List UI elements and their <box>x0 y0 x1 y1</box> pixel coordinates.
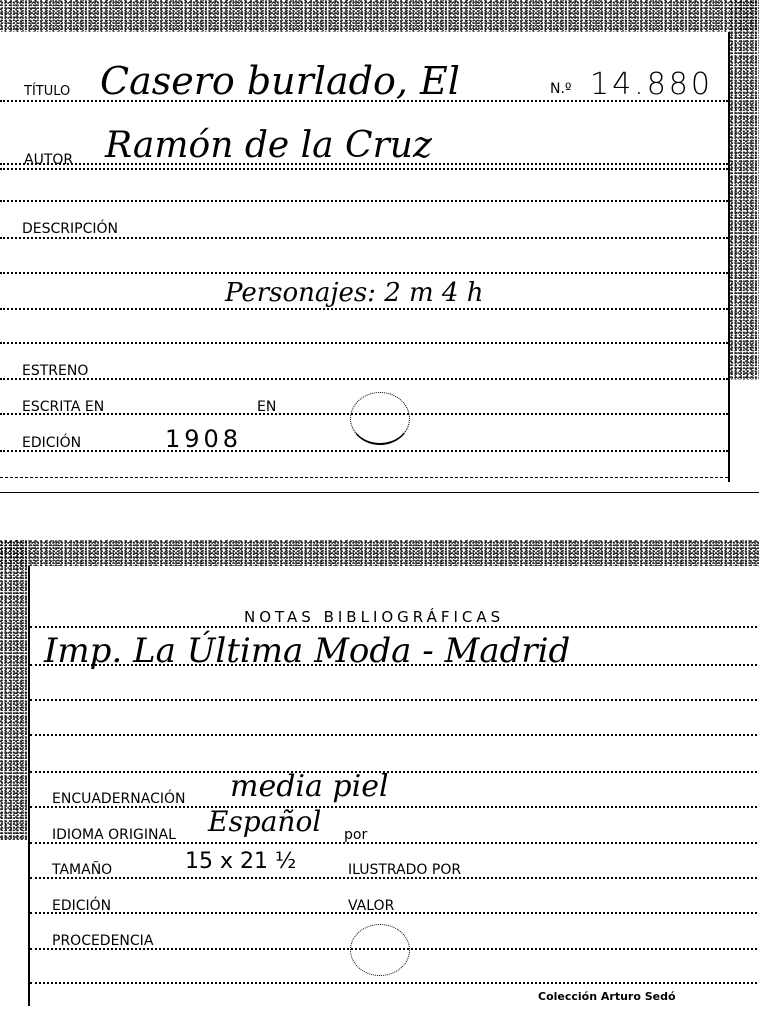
value-autor[interactable]: Ramón de la Cruz <box>105 128 432 164</box>
line-notes-4 <box>30 734 759 736</box>
label-numero: N.º <box>550 82 572 96</box>
label-procedencia: PROCEDENCIA <box>52 934 153 948</box>
line-estreno <box>0 378 728 380</box>
value-encuadernacion[interactable]: media piel <box>230 772 389 802</box>
line-desc-2 <box>0 272 728 274</box>
label-valor: VALOR <box>348 899 394 913</box>
line-notes-3 <box>30 699 759 701</box>
label-escrita-en: ESCRITA EN <box>22 400 104 414</box>
label-edicion-back: EDICIÓN <box>52 899 111 913</box>
line-bottom <box>30 982 759 984</box>
cut-line-solid <box>0 492 759 493</box>
line-autor <box>0 168 728 170</box>
value-edicion[interactable]: 1908 <box>165 427 242 451</box>
stamp-circle <box>350 392 410 445</box>
label-encuadernacion: ENCUADERNACIÓN <box>52 792 185 806</box>
label-titulo: TÍTULO <box>24 85 70 98</box>
line-descripcion <box>0 237 728 239</box>
line-desc-3 <box>0 308 728 310</box>
scan-noise-right <box>730 0 759 380</box>
scan-noise-top <box>0 0 759 32</box>
value-numero[interactable]: 14.880 <box>590 70 713 100</box>
label-edicion: EDICIÓN <box>22 436 81 450</box>
value-tamano[interactable]: 15 x 21 ½ <box>185 851 296 873</box>
value-notes[interactable]: Imp. La Última Moda - Madrid <box>44 634 570 668</box>
label-descripcion: DESCRIPCIÓN <box>22 222 118 236</box>
line-desc-4 <box>0 342 728 344</box>
line-separator <box>0 200 728 202</box>
value-descripcion[interactable]: Personajes: 2 m 4 h <box>225 280 483 306</box>
line-notes-5 <box>30 771 759 773</box>
value-titulo[interactable]: Casero burlado, El <box>100 62 460 100</box>
label-ilustrado-por: ILUSTRADO POR <box>348 863 461 877</box>
cut-line-dashed <box>0 477 728 478</box>
label-tamano: TAMAÑO <box>52 863 112 877</box>
collection-credit: Colección Arturo Sedó <box>538 990 676 1003</box>
catalog-card-front: TÍTULO Casero burlado, El N.º 14.880 AUT… <box>0 32 730 482</box>
scan-noise-left <box>0 540 28 840</box>
line-notes-1 <box>30 626 759 628</box>
notes-heading: NOTAS BIBLIOGRÁFICAS <box>244 608 504 626</box>
scan-noise-middle <box>0 540 759 566</box>
label-en: EN <box>257 400 276 414</box>
label-estreno: ESTRENO <box>22 364 88 378</box>
stamp-circle-back <box>350 924 410 976</box>
label-por: por <box>344 828 367 842</box>
line-edicion-valor <box>30 912 759 914</box>
catalog-card-back: NOTAS BIBLIOGRÁFICAS Imp. La Última Moda… <box>28 566 759 1006</box>
label-idioma-original: IDIOMA ORIGINAL <box>52 828 176 842</box>
label-autor: AUTOR <box>24 153 73 167</box>
line-edicion <box>0 450 728 452</box>
value-idioma-original[interactable]: Español <box>208 808 321 836</box>
